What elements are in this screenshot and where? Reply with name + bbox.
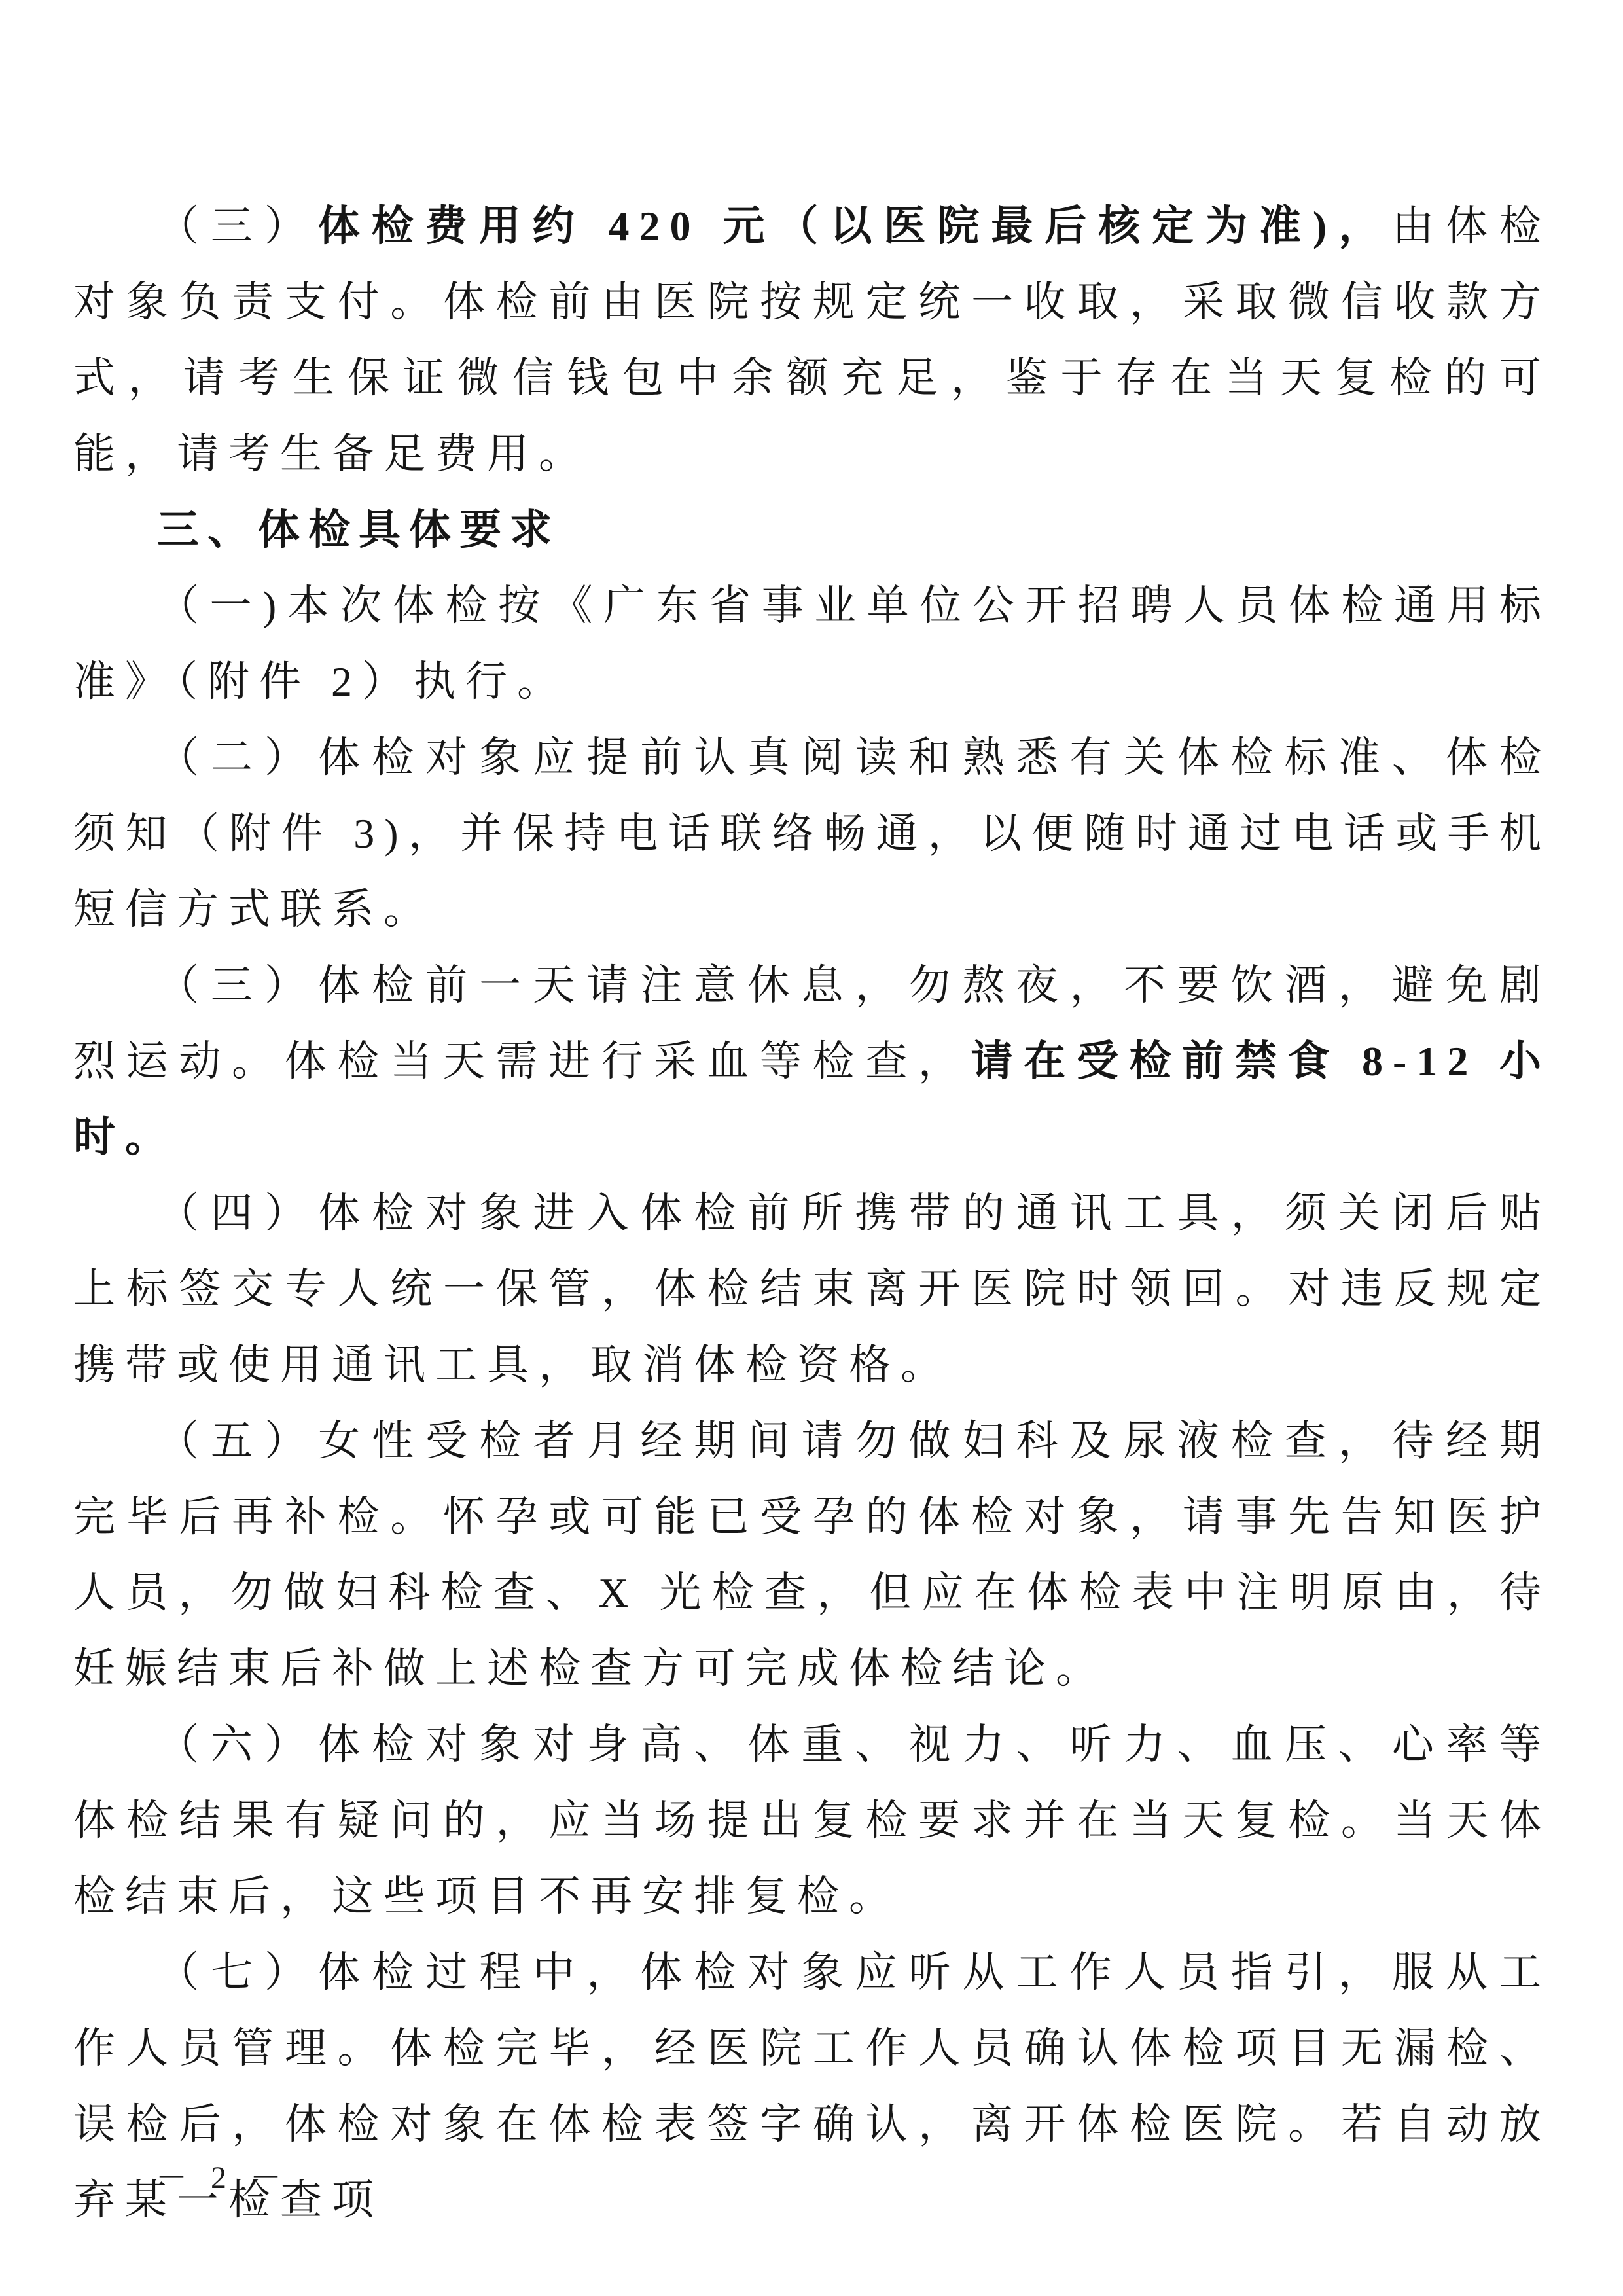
paragraph-fee-prefix: （三） — [157, 203, 318, 249]
paragraph-fee-bold-phrase: 体检费用约 420 元（以医院最后核定为准)， — [318, 203, 1392, 249]
paragraph-item-4: （四）体检对象进入体检前所携带的通讯工具，须关闭后贴上标签交专人统一保管，体检结… — [73, 1175, 1551, 1403]
document-body: （三）体检费用约 420 元（以医院最后核定为准)，由体检对象负责支付。体检前由… — [73, 188, 1551, 2238]
paragraph-item-7: （七）体检过程中，体检对象应听从工作人员指引，服从工作人员管理。体检完毕，经医院… — [73, 1935, 1551, 2238]
section-heading: 三、体检具体要求 — [73, 492, 1551, 568]
paragraph-item-2: （二）体检对象应提前认真阅读和熟悉有关体检标准、体检须知（附件 3)，并保持电话… — [73, 720, 1551, 948]
paragraph-item-1: （一)本次体检按《广东省事业单位公开招聘人员体检通用标准》（附件 2）执行。 — [73, 568, 1551, 720]
paragraph-item-5: （五）女性受检者月经期间请勿做妇科及尿液检查，待经期完毕后再补检。怀孕或可能已受… — [73, 1403, 1551, 1707]
page-number: － 2 － — [156, 2152, 289, 2197]
paragraph-fee: （三）体检费用约 420 元（以医院最后核定为准)，由体检对象负责支付。体检前由… — [73, 188, 1551, 492]
paragraph-item-6: （六）体检对象对身高、体重、视力、听力、血压、心率等体检结果有疑问的，应当场提出… — [73, 1707, 1551, 1935]
paragraph-item-3: （三）体检前一天请注意休息，勿熬夜，不要饮酒，避免剧烈运动。体检当天需进行采血等… — [73, 948, 1551, 1175]
document-page: （三）体检费用约 420 元（以医院最后核定为准)，由体检对象负责支付。体检前由… — [0, 0, 1623, 2296]
